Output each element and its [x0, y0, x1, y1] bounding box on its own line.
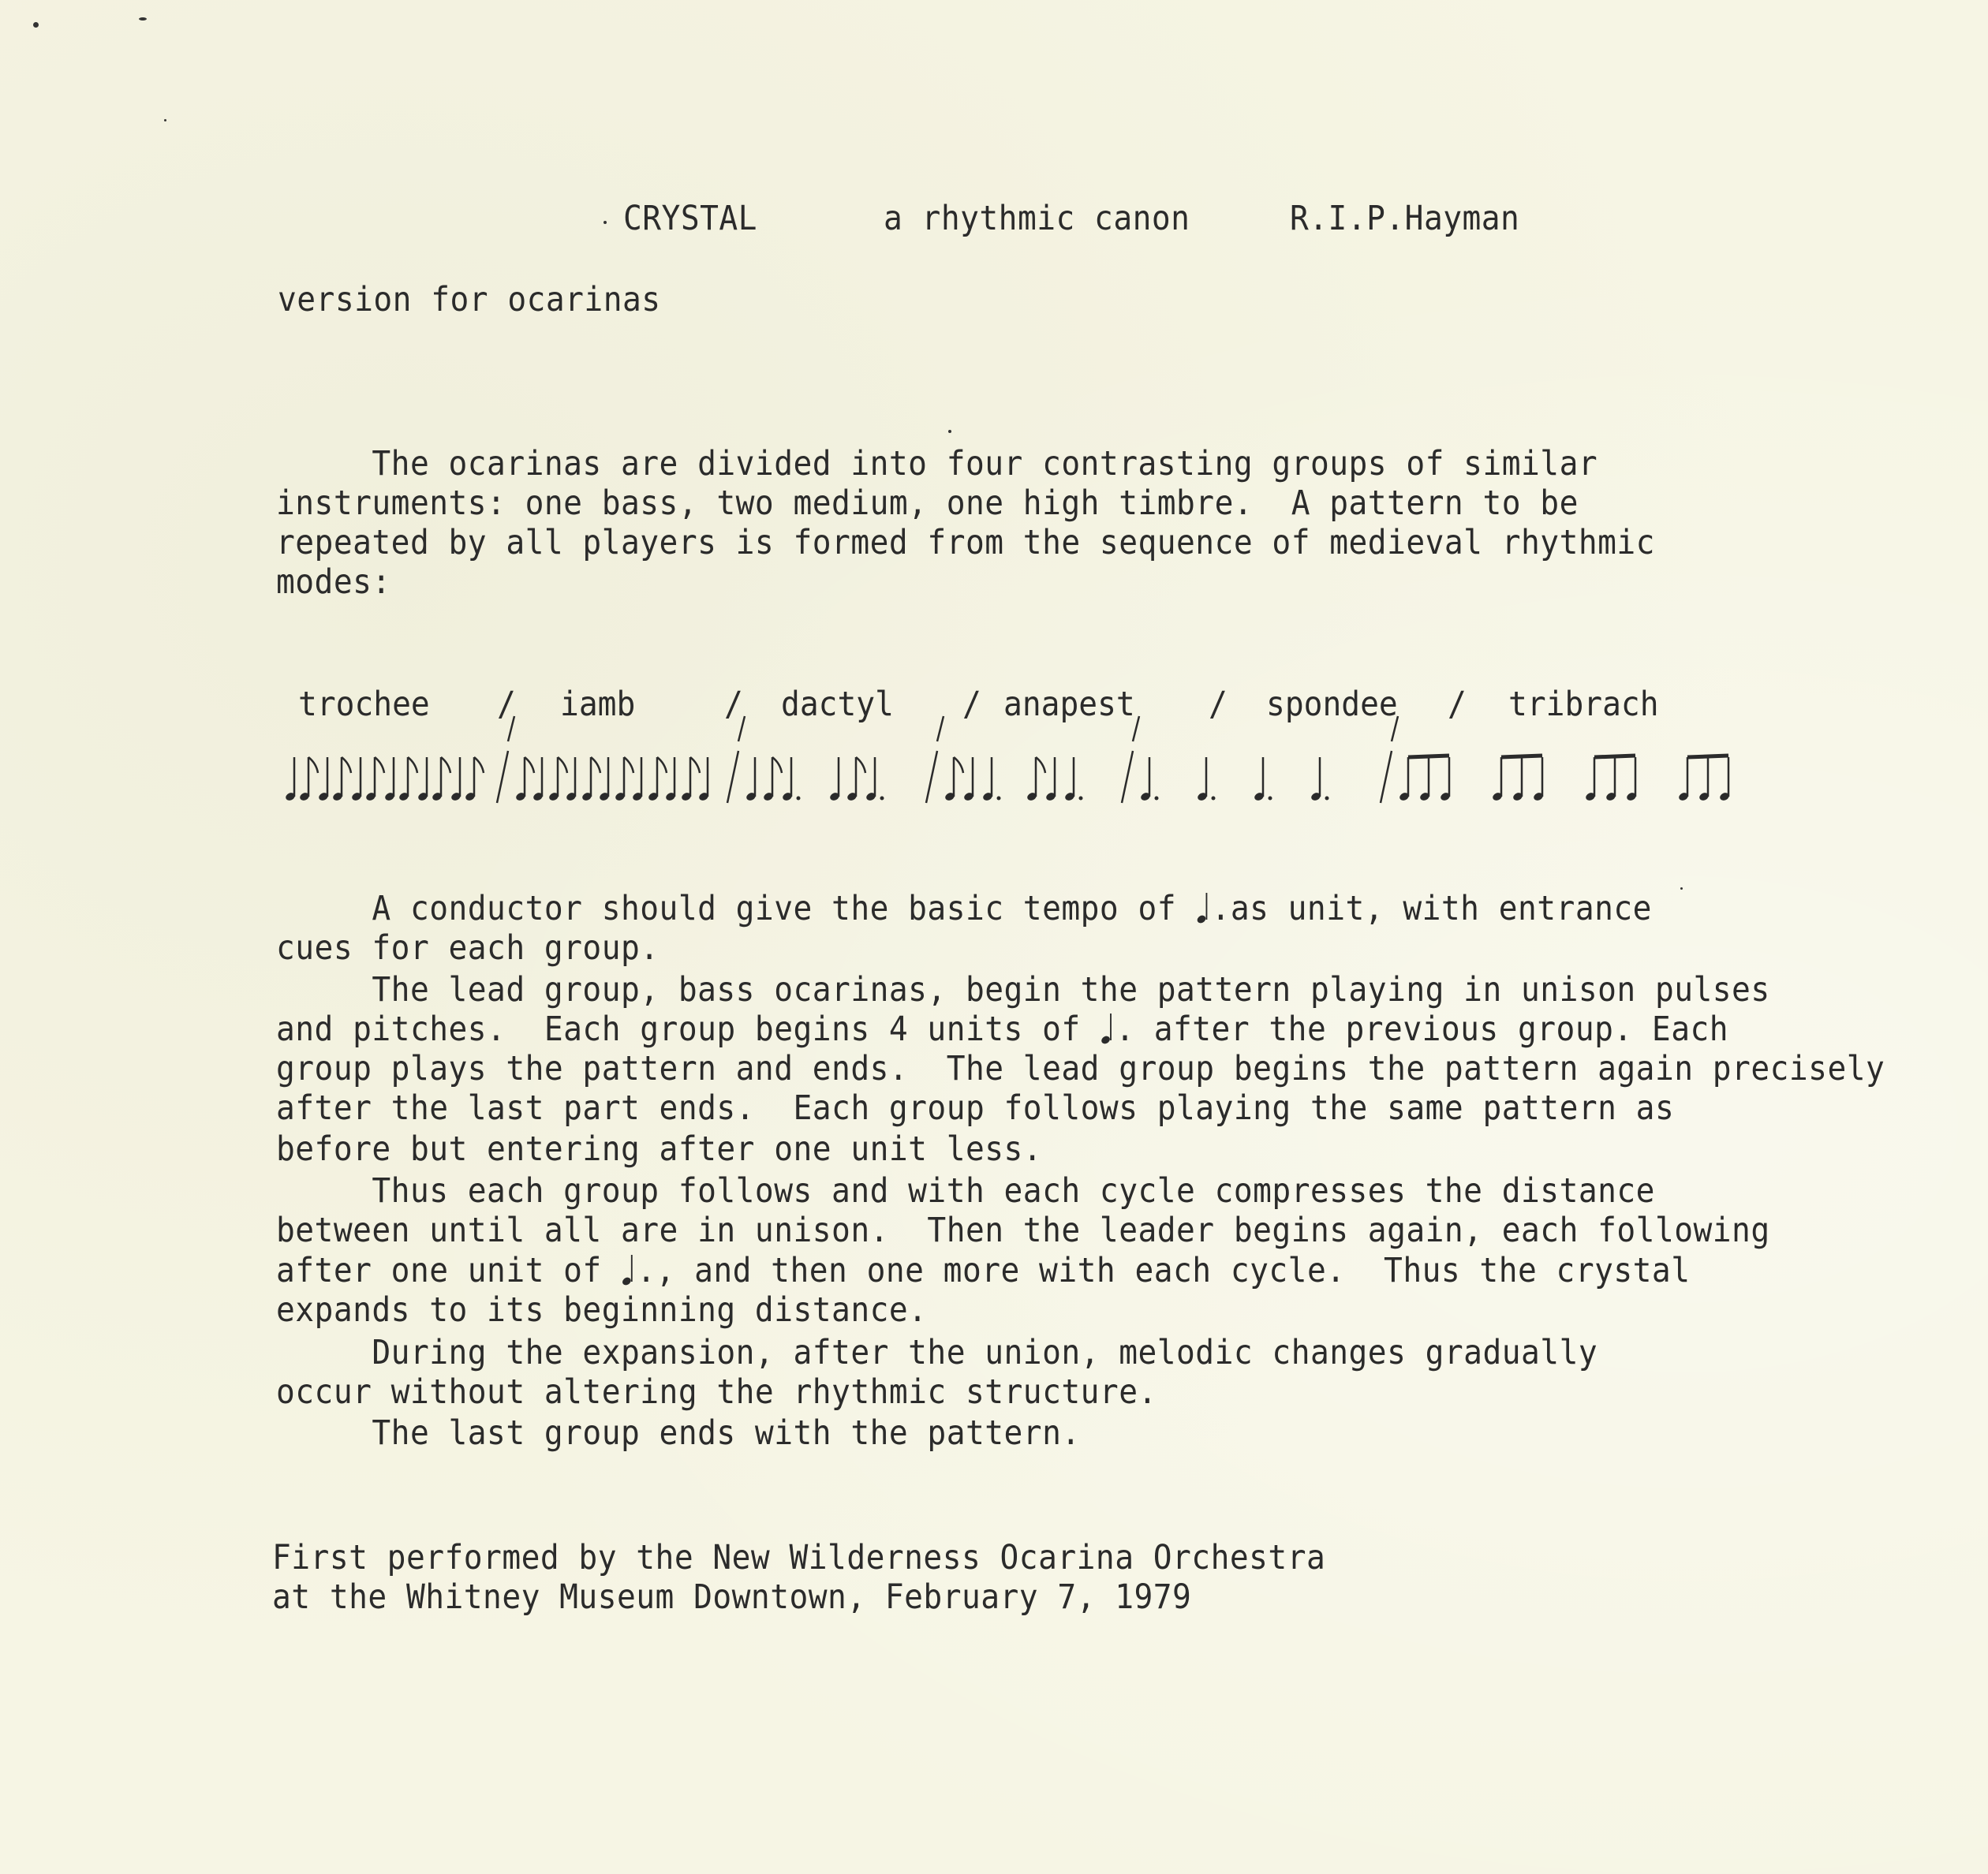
- mode-separator: /: [497, 685, 516, 724]
- body-line: cues for each group.: [276, 928, 660, 969]
- body-line: and pitches. Each group begins 4 units o…: [276, 1010, 1728, 1050]
- mode-label-anapest: anapest: [1003, 685, 1135, 724]
- mode-separator: /: [724, 685, 743, 724]
- body-line: A conductor should give the basic tempo …: [276, 889, 1652, 929]
- intro-line: modes:: [276, 562, 391, 603]
- intro-line: instruments: one bass, two medium, one h…: [276, 483, 1579, 524]
- body-line: The lead group, bass ocarinas, begin the…: [276, 970, 1770, 1010]
- piece-title: CRYSTAL: [623, 199, 757, 239]
- paper-speck: [603, 221, 607, 224]
- paper-speck: [164, 119, 166, 121]
- body-line: During the expansion, after the union, m…: [276, 1333, 1597, 1373]
- body-text: after one unit of: [276, 1251, 621, 1290]
- body-line: Thus each group follows and with each cy…: [276, 1171, 1655, 1211]
- body-text: and pitches. Each group begins 4 units o…: [276, 1010, 1100, 1049]
- mode-separator: /: [1448, 685, 1467, 724]
- composer-name: R.I.P.Hayman: [1290, 199, 1519, 239]
- body-line: between until all are in unison. Then th…: [276, 1211, 1770, 1251]
- mode-label-tribrach: tribrach: [1508, 685, 1659, 724]
- mode-label-dactyl: dactyl: [781, 685, 894, 724]
- body-line: group plays the pattern and ends. The le…: [276, 1049, 1885, 1089]
- intro-line: repeated by all players is formed from t…: [276, 523, 1655, 563]
- body-line: expands to its beginning distance.: [276, 1290, 927, 1331]
- footer-line: First performed by the New Wilderness Oc…: [272, 1538, 1325, 1578]
- mode-label-iamb: iamb: [560, 685, 635, 724]
- mode-label-spondee: spondee: [1266, 685, 1398, 724]
- paper-speck: [139, 17, 147, 21]
- body-line: The last group ends with the pattern.: [276, 1413, 1081, 1454]
- piece-subtitle: a rhythmic canon: [884, 199, 1190, 239]
- rhythm-notation: [0, 0, 1988, 868]
- mode-separator: /: [962, 685, 981, 724]
- intro-line: The ocarinas are divided into four contr…: [276, 444, 1597, 484]
- footer-line: at the Whitney Museum Downtown, February…: [272, 1577, 1191, 1618]
- mode-label-trochee: trochee: [298, 685, 430, 724]
- body-line: occur without altering the rhythmic stru…: [276, 1372, 1157, 1413]
- body-text: ., and then one more with each cycle. Th…: [637, 1251, 1690, 1290]
- mode-separator: /: [1209, 685, 1228, 724]
- paper-speck: [1680, 887, 1683, 890]
- version-label: version for ocarinas: [278, 280, 661, 320]
- body-line: before but entering after one unit less.: [276, 1129, 1042, 1170]
- paper-speck: [33, 22, 39, 28]
- body-text: . after the previous group. Each: [1115, 1010, 1728, 1049]
- dotted-quarter-note-icon: [621, 1255, 637, 1286]
- body-text: A conductor should give the basic tempo …: [276, 889, 1195, 928]
- body-line: after the last part ends. Each group fol…: [276, 1088, 1674, 1129]
- body-text: .as unit, with entrance: [1212, 889, 1652, 928]
- dotted-quarter-note-icon: [1195, 893, 1211, 924]
- dotted-quarter-note-icon: [1100, 1014, 1115, 1045]
- body-line: after one unit of ., and then one more w…: [276, 1251, 1690, 1291]
- paper-speck: [948, 430, 951, 433]
